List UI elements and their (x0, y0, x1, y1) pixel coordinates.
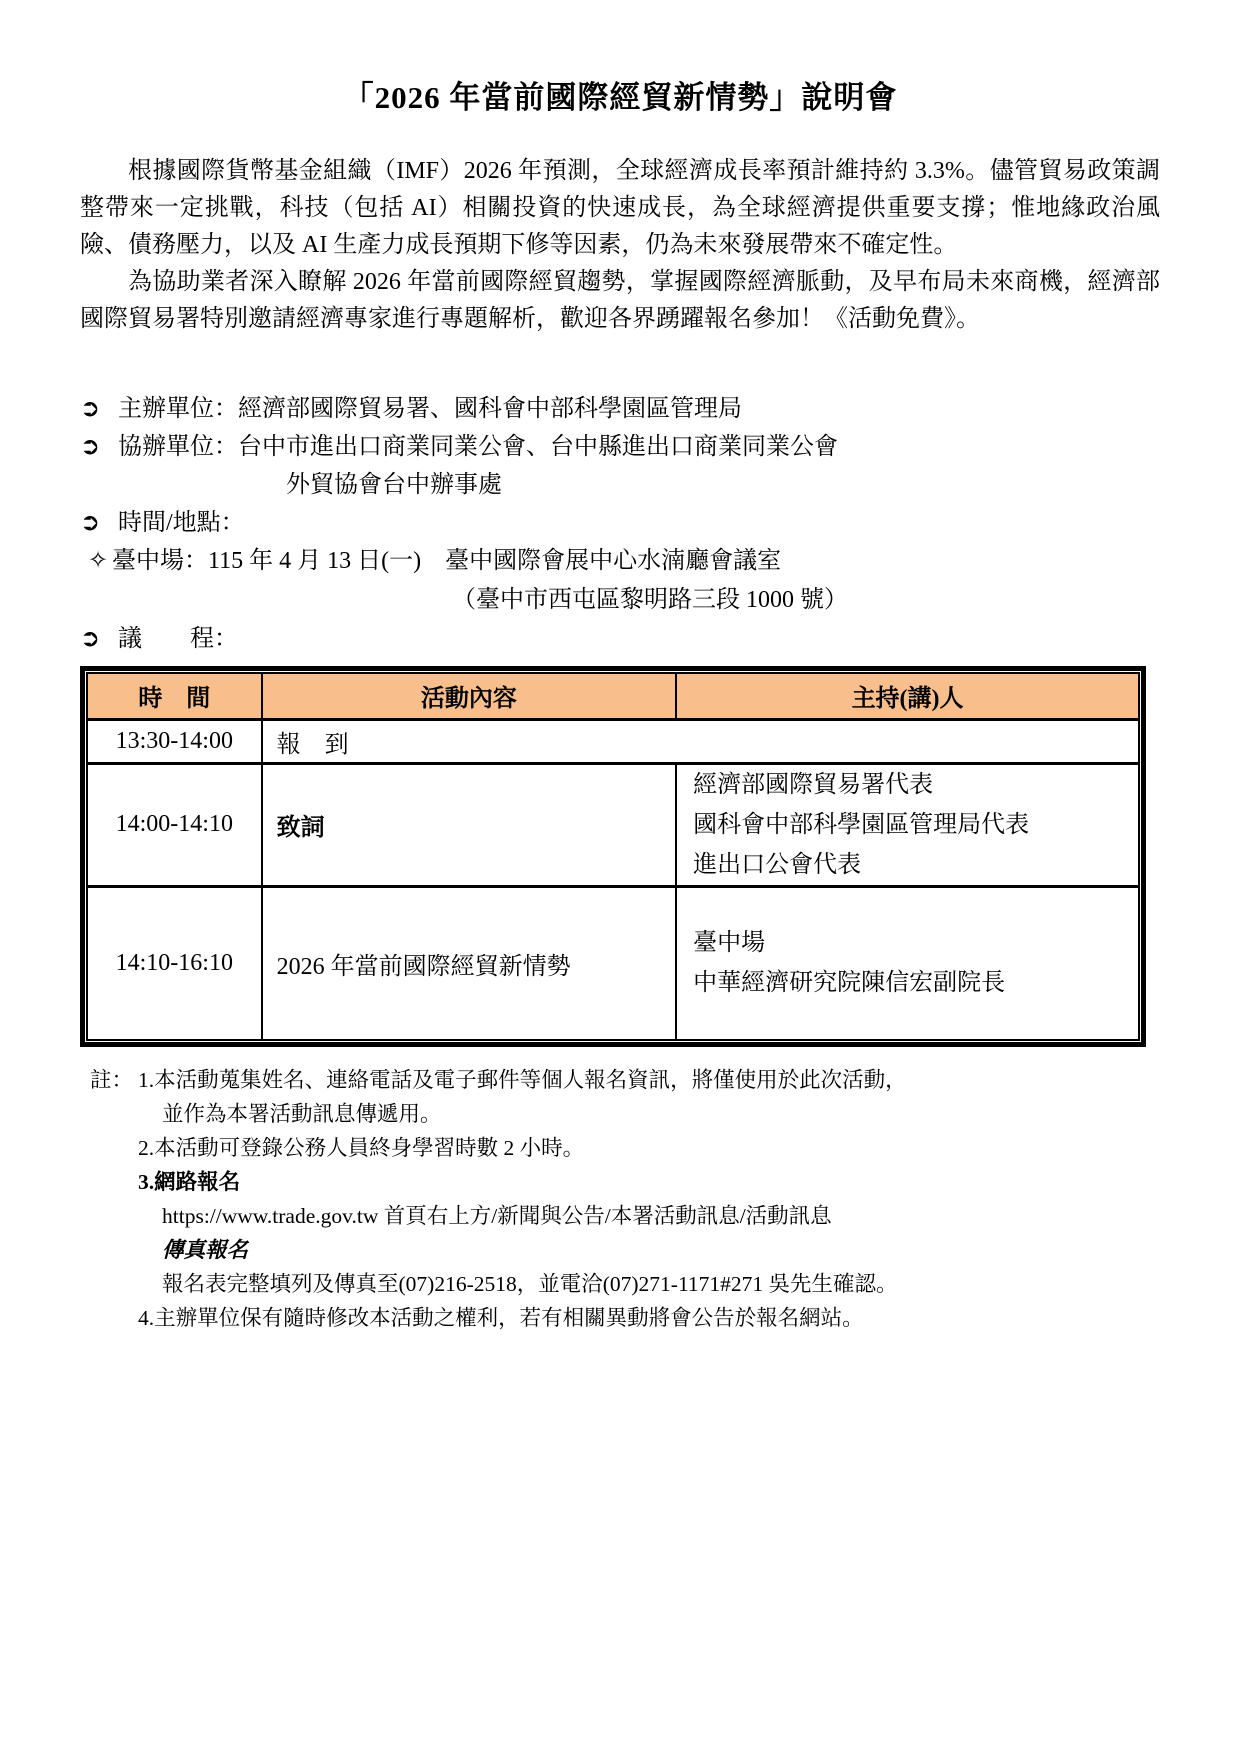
host-line: 進出口公會代表 (693, 845, 1138, 885)
co-organizer-text: 協辦單位：台中市進出口商業同業公會、台中縣進出口商業同業公會 (118, 428, 1160, 466)
organizer-label: 主辦單位： (118, 396, 238, 422)
circled-arrow-bullet-icon: ➲ (80, 390, 106, 428)
document-page: 「2026 年當前國際經貿新情勢」說明會 根據國際貨幣基金組織（IMF）2026… (0, 0, 1240, 1754)
circled-arrow-bullet-icon: ➲ (80, 620, 106, 658)
co-organizer-label: 協辦單位： (118, 434, 238, 460)
co-organizer-line-2: 外貿協會台中辦事處 (286, 466, 1160, 504)
host-value: 臺中場 中華經濟研究院陳信宏副院長 (676, 886, 1139, 1040)
page-title: 「2026 年當前國際經貿新情勢」說明會 (80, 72, 1160, 117)
co-organizer-line: ➲ 協辦單位：台中市進出口商業同業公會、台中縣進出口商業同業公會 (80, 428, 1160, 466)
agenda-row-opening: 14:00-14:10 致詞 經濟部國際貿易署代表 國科會中部科學園區管理局代表… (87, 763, 1139, 886)
note-2: 2.本活動可登錄公務人員終身學習時數 2 小時。 (138, 1131, 1160, 1165)
fax-registration-label: 傳真報名 (162, 1233, 1160, 1267)
organizer-value: 經濟部國際貿易署、國科會中部科學園區管理局 (238, 396, 742, 422)
time-value: 14:10-16:10 (87, 886, 262, 1040)
four-pointed-star-icon: ✧ (88, 542, 112, 581)
agenda-row-registration: 13:30-14:00 報 到 (87, 719, 1139, 763)
agenda-table: 時 間 活動內容 主持(講)人 13:30-14:00 報 到 14:00-14… (86, 672, 1140, 1041)
agenda-header-row: 時 間 活動內容 主持(講)人 (87, 673, 1139, 719)
header-activity: 活動內容 (262, 673, 676, 719)
header-time: 時 間 (87, 673, 262, 719)
activity-value: 2026 年當前國際經貿新情勢 (262, 886, 676, 1040)
time-place-line: ➲ 時間/地點： (80, 504, 1160, 542)
agenda-label: 議 程： (118, 620, 1160, 658)
agenda-row-seminar: 14:10-16:10 2026 年當前國際經貿新情勢 臺中場 中華經濟研究院陳… (87, 886, 1139, 1040)
host-line: 經濟部國際貿易署代表 (693, 765, 1138, 805)
organizer-line: ➲ 主辦單位：經濟部國際貿易署、國科會中部科學園區管理局 (80, 390, 1160, 428)
note-1-line-1: 註： 1.本活動蒐集姓名、連絡電話及電子郵件等個人報名資訊，將僅使用於此次活動， (90, 1063, 1160, 1097)
notes-section: 註： 1.本活動蒐集姓名、連絡電話及電子郵件等個人報名資訊，將僅使用於此次活動，… (90, 1063, 1160, 1335)
venue-datetime-text: 臺中場：115 年 4 月 13 日(一) 臺中國際會展中心水湳廳會議室 (112, 542, 1160, 581)
venue-line: ✧ 臺中場：115 年 4 月 13 日(一) 臺中國際會展中心水湳廳會議室 (88, 542, 1160, 581)
venue-address: （臺中市西屯區黎明路三段 1000 號） (452, 581, 1160, 620)
organizer-text: 主辦單位：經濟部國際貿易署、國科會中部科學園區管理局 (118, 390, 1160, 428)
note-1-line-2: 並作為本署活動訊息傳遞用。 (162, 1097, 1160, 1131)
host-line: 中華經濟研究院陳信宏副院長 (693, 963, 1138, 1003)
note-4: 4.主辦單位保有隨時修改本活動之權利，若有相關異動將會公告於報名網站。 (138, 1301, 1160, 1335)
activity-value: 致詞 (262, 763, 676, 886)
info-bullet-list: ➲ 主辦單位：經濟部國際貿易署、國科會中部科學園區管理局 ➲ 協辦單位：台中市進… (80, 390, 1160, 658)
note-3-online-registration-label: 3.網路報名 (138, 1165, 1160, 1199)
intro-paragraph-1: 根據國際貨幣基金組織（IMF）2026 年預測，全球經濟成長率預計維持約 3.3… (80, 153, 1160, 264)
note-1-text: 1.本活動蒐集姓名、連絡電話及電子郵件等個人報名資訊，將僅使用於此次活動， (138, 1063, 907, 1097)
agenda-table-frame: 時 間 活動內容 主持(講)人 13:30-14:00 報 到 14:00-14… (80, 666, 1146, 1047)
intro-paragraph-2: 為協助業者深入瞭解 2026 年當前國際經貿趨勢，掌握國際經濟脈動，及早布局未來… (80, 264, 1160, 338)
time-value: 14:00-14:10 (87, 763, 262, 886)
agenda-label-line: ➲ 議 程： (80, 620, 1160, 658)
notes-prefix: 註： (90, 1063, 138, 1097)
circled-arrow-bullet-icon: ➲ (80, 504, 106, 542)
fax-registration-detail: 報名表完整填列及傳真至(07)216-2518，並電洽(07)271-1171#… (162, 1267, 1160, 1301)
note-3-url-line: https://www.trade.gov.tw 首頁右上方/新聞與公告/本署活… (162, 1199, 1160, 1233)
co-organizer-value: 台中市進出口商業同業公會、台中縣進出口商業同業公會 (238, 434, 838, 460)
time-value: 13:30-14:00 (87, 719, 262, 763)
header-host: 主持(講)人 (676, 673, 1139, 719)
circled-arrow-bullet-icon: ➲ (80, 428, 106, 466)
activity-value: 報 到 (262, 719, 1139, 763)
host-value: 經濟部國際貿易署代表 國科會中部科學園區管理局代表 進出口公會代表 (676, 763, 1139, 886)
host-line: 臺中場 (693, 923, 1138, 963)
time-place-label: 時間/地點： (118, 504, 1160, 542)
host-line: 國科會中部科學園區管理局代表 (693, 805, 1138, 845)
